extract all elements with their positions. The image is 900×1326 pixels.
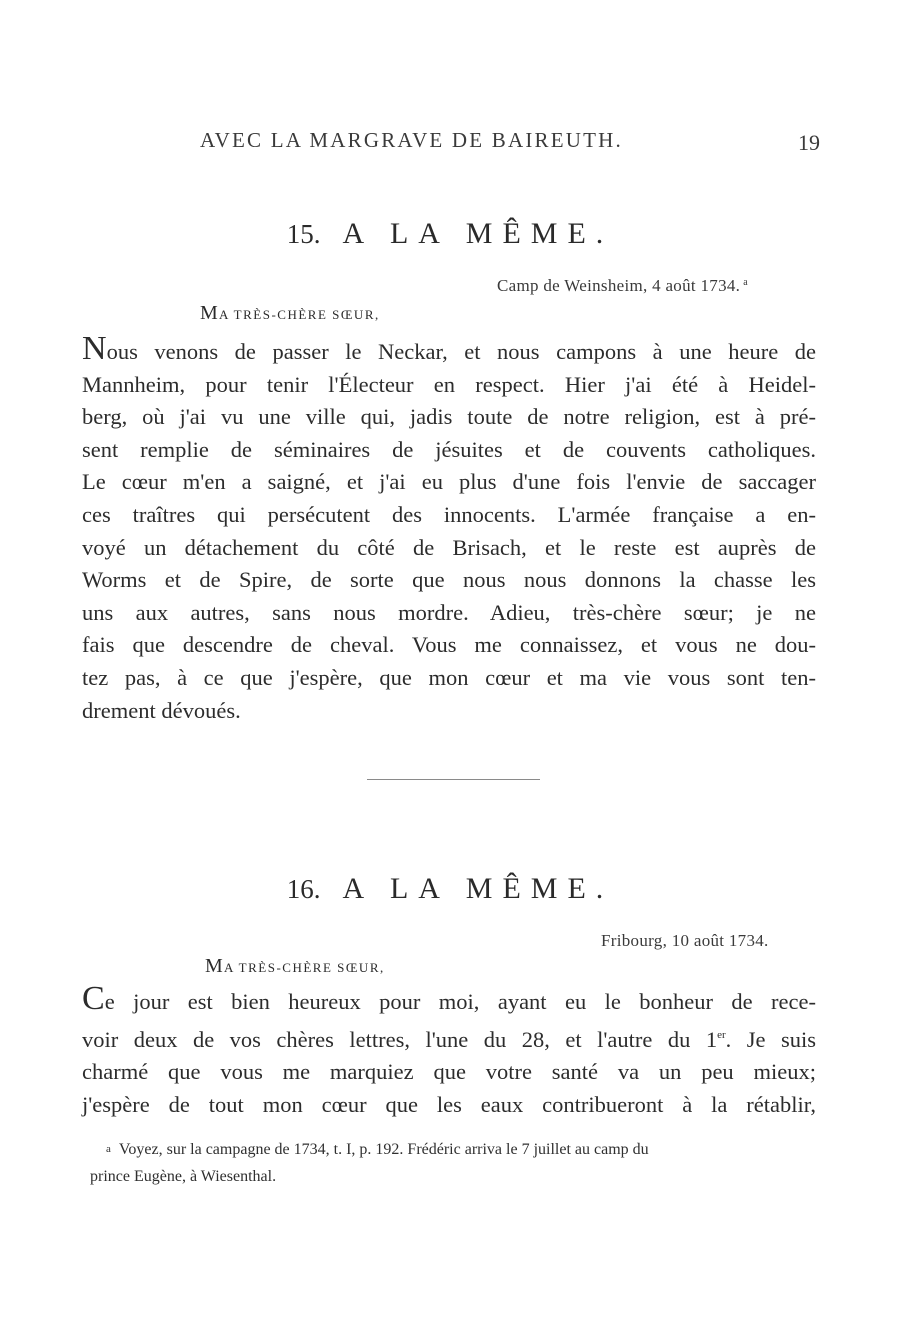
letter-title: A LA MÊME.: [342, 872, 613, 905]
running-head: AVEC LA MARGRAVE DE BAIREUTH. 19: [200, 128, 820, 158]
footnote-line: aVoyez, sur la campagne de 1734, t. I, p…: [90, 1136, 825, 1163]
footnote-marker: a: [106, 1143, 111, 1155]
letter-16-body: Ce jour est bien heureux pour moi, ayant…: [82, 986, 816, 1121]
letter-16-salutation: MA TRÈS-CHÈRE SŒUR,: [205, 955, 385, 978]
letter-15-heading: 15.A LA MÊME.: [0, 217, 900, 251]
letter-15-dateline: Camp de Weinsheim, 4 août 1734.a: [497, 276, 748, 296]
section-separator: [367, 779, 540, 780]
drop-initial: C: [82, 980, 105, 1017]
body-line: Mannheim, pour tenir l'Électeur en respe…: [82, 369, 816, 402]
footnote-reference: a: [743, 277, 748, 288]
body-line: charmé que vous me marquiez que votre sa…: [82, 1056, 816, 1089]
salutation-rest: A TRÈS-CHÈRE SŒUR,: [224, 960, 385, 975]
running-title: AVEC LA MARGRAVE DE BAIREUTH.: [200, 128, 623, 153]
salutation-initial: M: [200, 302, 219, 324]
dateline-text: Camp de Weinsheim, 4 août 1734.: [497, 276, 740, 295]
letter-title: A LA MÊME.: [342, 217, 613, 250]
body-line: Ce jour est bien heureux pour moi, ayant…: [82, 986, 816, 1019]
letter-15-body: Nous venons de passer le Neckar, et nous…: [82, 336, 816, 727]
ordinal-suffix: er: [717, 1029, 726, 1041]
body-line: ces traîtres qui persécutent des innocen…: [82, 499, 816, 532]
body-line: j'espère de tout mon cœur que les eaux c…: [82, 1089, 816, 1122]
footnote-line: prince Eugène, à Wiesenthal.: [90, 1163, 825, 1190]
footnote: aVoyez, sur la campagne de 1734, t. I, p…: [90, 1136, 825, 1190]
body-line: Nous venons de passer le Neckar, et nous…: [82, 336, 816, 369]
letter-number: 15.: [287, 219, 321, 249]
body-line: Worms et de Spire, de sorte que nous nou…: [82, 564, 816, 597]
dateline-text: Fribourg, 10 août 1734.: [601, 931, 769, 950]
salutation-initial: M: [205, 955, 224, 977]
body-line: drement dévoués.: [82, 695, 816, 728]
body-line: tez pas, à ce que j'espère, que mon cœur…: [82, 662, 816, 695]
page-number: 19: [798, 130, 820, 156]
salutation-rest: A TRÈS-CHÈRE SŒUR,: [219, 307, 380, 322]
letter-16-heading: 16.A LA MÊME.: [0, 872, 900, 906]
letter-15-salutation: MA TRÈS-CHÈRE SŒUR,: [200, 302, 380, 325]
letter-number: 16.: [287, 874, 321, 904]
body-line: Le cœur m'en a saigné, et j'ai eu plus d…: [82, 466, 816, 499]
letter-16-dateline: Fribourg, 10 août 1734.: [601, 931, 769, 951]
body-line: voyé un détachement du côté de Brisach, …: [82, 532, 816, 565]
drop-initial: N: [82, 330, 107, 367]
body-line: sent remplie de séminaires de jésuites e…: [82, 434, 816, 467]
body-line: fais que descendre de cheval. Vous me co…: [82, 629, 816, 662]
body-line: uns aux autres, sans nous mordre. Adieu,…: [82, 597, 816, 630]
body-line: voir deux de vos chères lettres, l'une d…: [82, 1019, 816, 1057]
body-line: berg, où j'ai vu une ville qui, jadis to…: [82, 401, 816, 434]
